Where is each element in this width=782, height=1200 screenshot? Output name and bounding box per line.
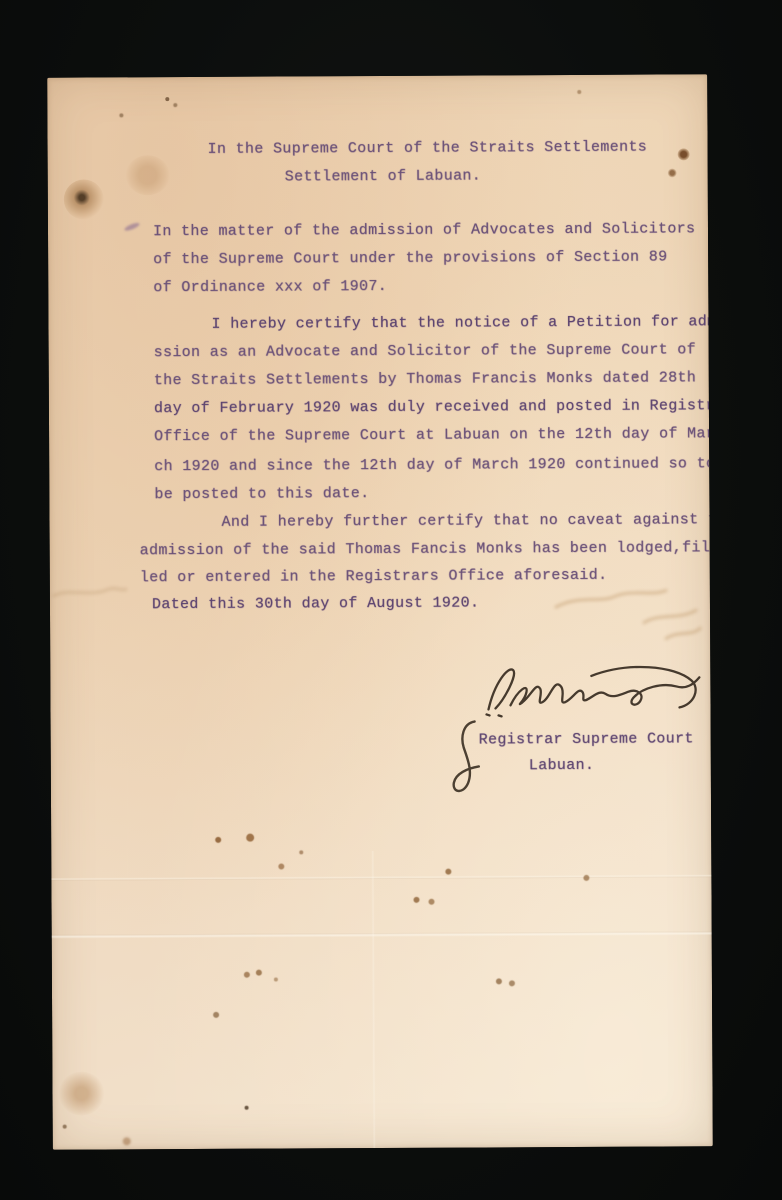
document-page: In the Supreme Court of the Straits Sett… [47,74,713,1149]
court-header-line: In the Supreme Court of the Straits Sett… [208,139,648,158]
foxing-specks [47,78,51,82]
caveat-line: led or entered in the Registrars Office … [140,567,608,586]
ink-stain [64,179,104,219]
court-header-line: Settlement of Labuan. [285,167,481,185]
bleed-through-ghost [50,581,130,603]
bleed-through-ghost [548,576,706,651]
fold-crease-lower [52,931,712,938]
fold-crease-upper [51,874,711,880]
photograph-background: { "colors": { "background": "#0c0e0d", "… [0,0,782,1200]
paper-stain [668,168,677,177]
signature-prefix-flourish [445,715,487,799]
certification-line: the Straits Settlements by Thomas Franci… [154,369,696,389]
paper-stain [678,148,690,160]
certification-line: I hereby certify that the notice of a Pe… [211,313,712,333]
ink-smudge [124,221,141,232]
caveat-line: And I hereby further certify that no cav… [221,511,712,531]
registrar-title-line: Registrar Supreme Court [479,730,694,748]
caveat-line: admission of the said Thomas Fancis Monk… [140,539,711,559]
paper-stain [126,155,170,195]
fold-crease-vertical [371,851,376,1148]
subject-line: In the matter of the admission of Advoca… [153,220,695,240]
subject-line: of Ordinance xxx of 1907. [153,278,387,296]
registrar-place-line: Labuan. [529,757,595,774]
dated-line: Dated this 30th day of August 1920. [152,594,479,613]
certification-line: ssion as an Advocate and Solicitor of th… [154,341,696,361]
paper-stain [58,1071,104,1115]
subject-line: of the Supreme Court under the provision… [153,248,667,268]
registrar-signature [478,660,710,725]
certification-line: ch 1920 and since the 12th day of March … [154,455,713,475]
certification-line: Office of the Supreme Court at Labuan on… [154,425,713,445]
certification-line: day of February 1920 was duly received a… [154,397,713,417]
certification-line: be posted to this date. [154,485,369,503]
